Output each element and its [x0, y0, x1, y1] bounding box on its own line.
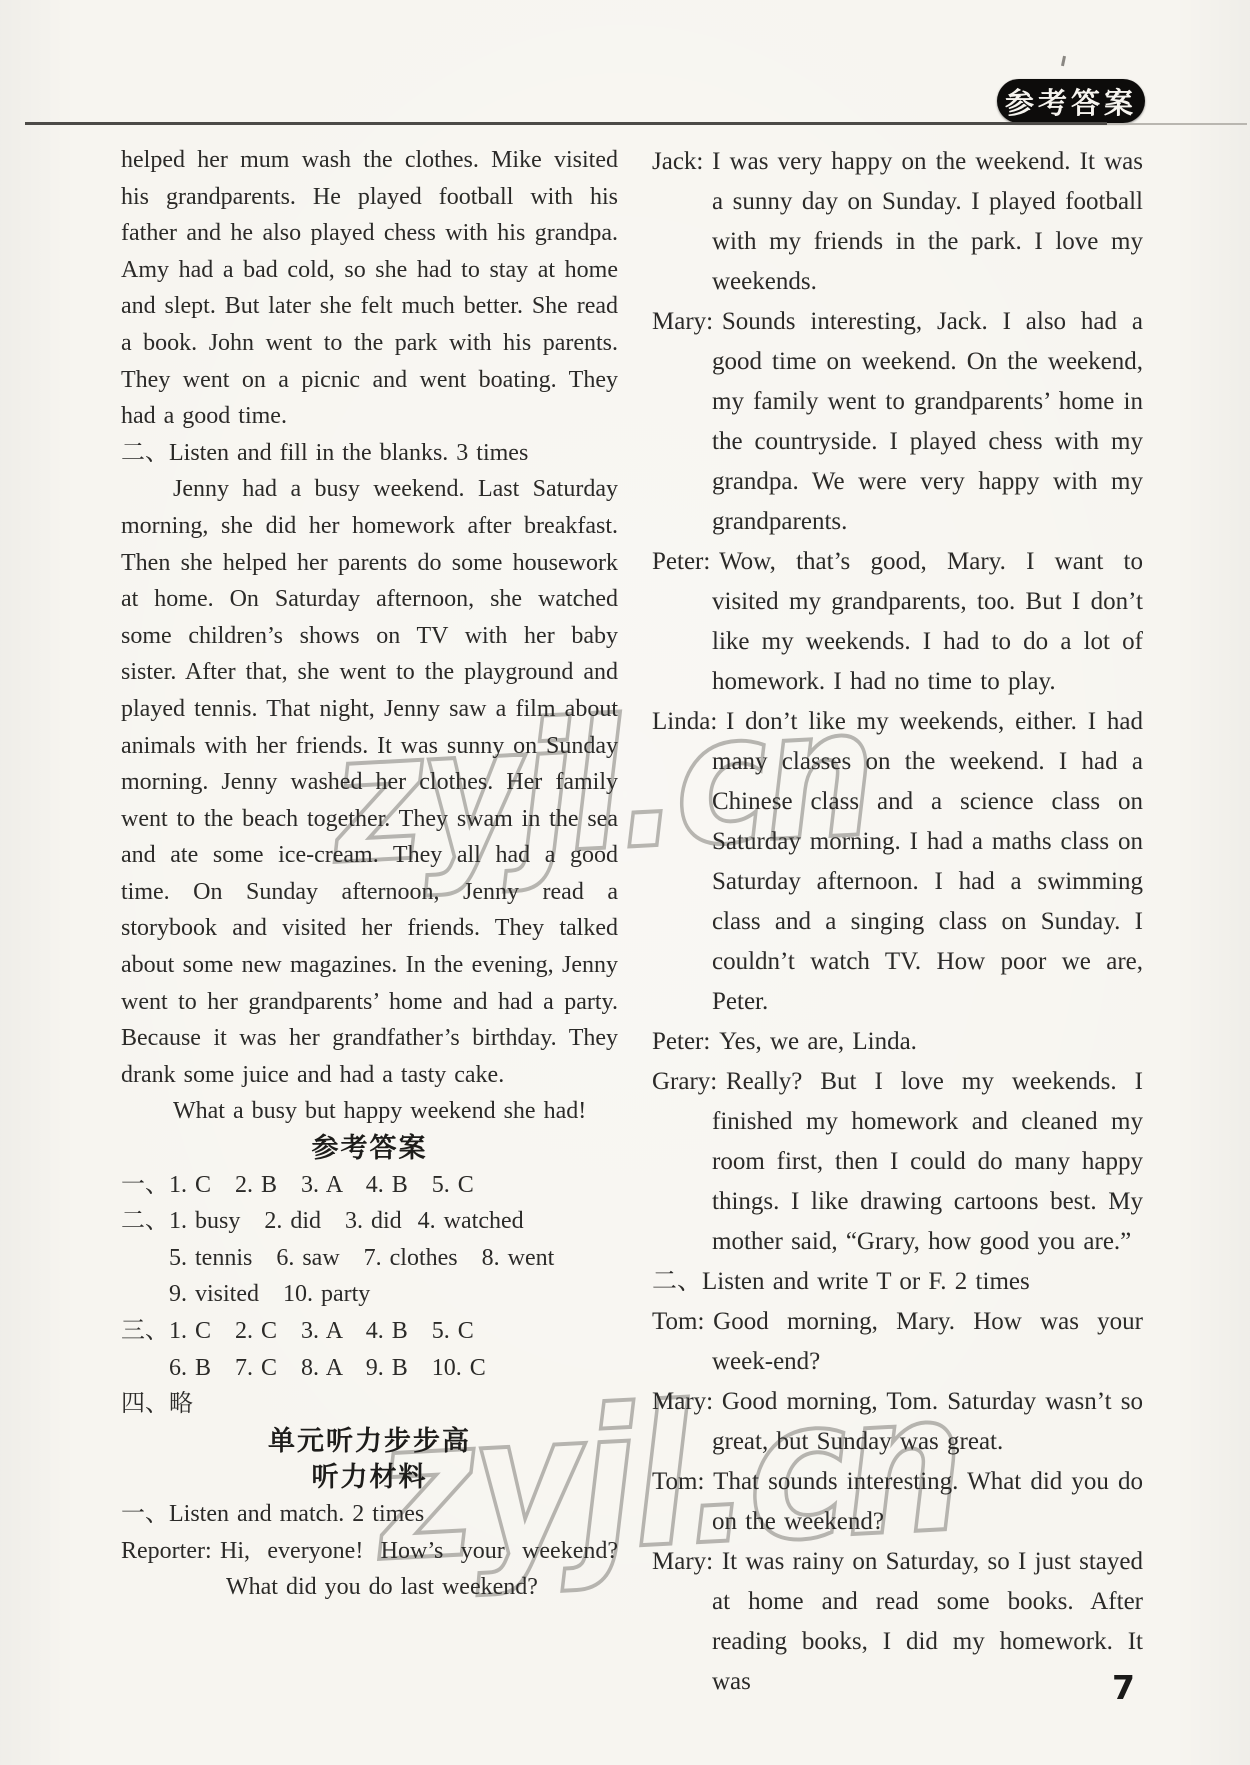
dialogue-line: Tom:That sounds interesting. What did yo…: [652, 1462, 1143, 1542]
dialogue-text: Sounds interesting, Jack. I also had a g…: [712, 308, 1143, 535]
dialogue-text: I was very happy on the weekend. It was …: [712, 148, 1143, 295]
dialogue-line: Tom:Good morning, Mary. How was your wee…: [652, 1302, 1143, 1382]
answers-badge-label: 参考答案: [1005, 81, 1137, 122]
speaker-label: Grary:: [652, 1068, 717, 1095]
dialogue-text: Yes, we are, Linda.: [719, 1028, 917, 1055]
speaker-label: Peter:: [652, 1028, 710, 1055]
speaker-label: Peter:: [652, 548, 710, 575]
dialogue-line: Mary:Good morning, Tom. Saturday wasn’t …: [652, 1382, 1143, 1462]
dialogue-text: Really? But I love my weekends. I finish…: [712, 1068, 1143, 1255]
answer-key-list: 一、1. C 2. B 3. A 4. B 5. C 二、1. busy 2. …: [121, 1167, 618, 1423]
section-heading-listen-fill: 二、Listen and fill in the blanks. 3 times: [121, 435, 618, 472]
dialogue-line: Grary:Really? But I love my weekends. I …: [652, 1062, 1143, 1262]
dialogue-text: Good morning, Tom. Saturday wasn’t so gr…: [712, 1388, 1143, 1455]
dialogue-text: I don’t like my weekends, either. I had …: [712, 708, 1143, 1015]
speaker-label: Mary:: [652, 1388, 713, 1415]
speaker-label: Linda:: [652, 708, 717, 735]
closing-line: What a busy but happy weekend she had!: [121, 1093, 618, 1130]
right-column: Jack:I was very happy on the weekend. It…: [652, 142, 1143, 1702]
speaker-label: Reporter:: [121, 1538, 212, 1564]
left-column: helped her mum wash the clothes. Mike vi…: [121, 142, 618, 1606]
dialogue-line: Mary:It was rainy on Saturday, so I just…: [652, 1542, 1143, 1702]
answer-row: 三、1. C 2. C 3. A 4. B 5. C: [121, 1313, 618, 1350]
page-number: 7: [1112, 1668, 1135, 1707]
answer-row: 9. visited 10. party: [121, 1276, 618, 1313]
dialogue-line: Reporter:Hi, everyone! How’s your weeken…: [121, 1533, 618, 1606]
dialogue-line: Linda:I don’t like my weekends, either. …: [652, 702, 1143, 1022]
listening-material-heading: 听力材料: [121, 1459, 618, 1496]
answers-badge: 参考答案: [997, 79, 1145, 123]
dialogue-text: Good morning, Mary. How was your week-en…: [712, 1308, 1143, 1375]
section-heading-listen-match: 一、Listen and match. 2 times: [121, 1496, 618, 1533]
dialogue-text: Hi, everyone! How’s your weekend? What d…: [220, 1538, 618, 1601]
header-rule-light: [1107, 123, 1247, 125]
scan-speck: [1061, 56, 1066, 66]
dialogue-line: Peter:Wow, that’s good, Mary. I want to …: [652, 542, 1143, 702]
paragraph-continuation: helped her mum wash the clothes. Mike vi…: [121, 142, 618, 435]
unit-listening-heading: 单元听力步步高: [121, 1423, 618, 1460]
dialogue-line: Mary:Sounds interesting, Jack. I also ha…: [652, 302, 1143, 542]
section-heading-listen-write: 二、Listen and write T or F. 2 times: [652, 1262, 1143, 1302]
answer-row: 一、1. C 2. B 3. A 4. B 5. C: [121, 1167, 618, 1204]
speaker-label: Mary:: [652, 308, 713, 335]
dialogue-text: Wow, that’s good, Mary. I want to visite…: [712, 548, 1143, 695]
answer-row: 二、1. busy 2. did 3. did 4. watched: [121, 1203, 618, 1240]
answer-row: 5. tennis 6. saw 7. clothes 8. went: [121, 1240, 618, 1277]
reference-answers-heading: 参考答案: [121, 1130, 618, 1167]
answer-row: 四、略: [121, 1386, 618, 1423]
speaker-label: Jack:: [652, 148, 703, 175]
header-rule: [25, 122, 1107, 125]
speaker-label: Tom:: [652, 1468, 704, 1495]
speaker-label: Mary:: [652, 1548, 713, 1575]
speaker-label: Tom:: [652, 1308, 704, 1335]
scanned-answer-page: { "header": { "badge_label": "参考答案" }, "…: [0, 0, 1250, 1765]
answer-row: 6. B 7. C 8. A 9. B 10. C: [121, 1350, 618, 1387]
dialogue-line: Jack:I was very happy on the weekend. It…: [652, 142, 1143, 302]
jenny-paragraph: Jenny had a busy weekend. Last Saturday …: [121, 471, 618, 1093]
dialogue-line: Peter:Yes, we are, Linda.: [652, 1022, 1143, 1062]
dialogue-text: That sounds interesting. What did you do…: [712, 1468, 1143, 1535]
dialogue-text: It was rainy on Saturday, so I just stay…: [712, 1548, 1143, 1695]
